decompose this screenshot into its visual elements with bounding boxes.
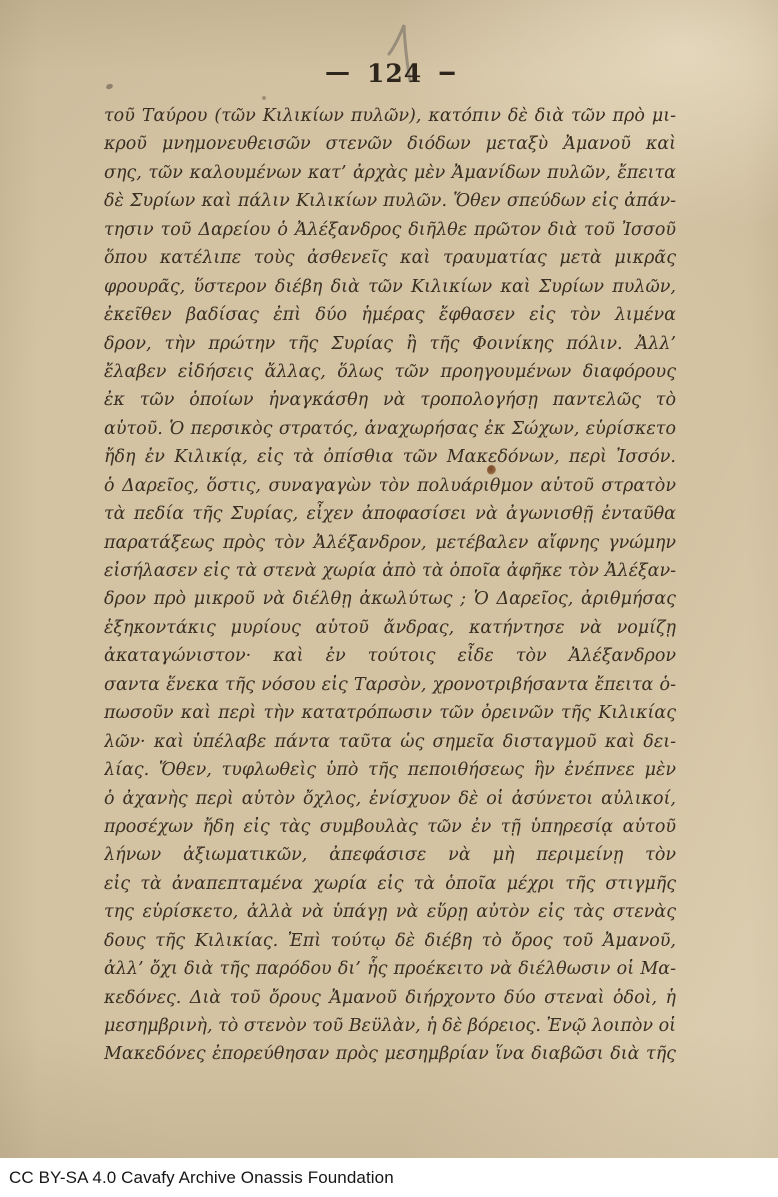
license-bar: CC BY-SA 4.0 Cavafy Archive Onassis Foun… xyxy=(0,1158,778,1197)
ink-spot xyxy=(487,465,496,475)
text-line: ὁ Δαρεῖος, ὅστις, συναγαγὼν τὸν πολυάριθ… xyxy=(104,472,676,500)
text-line: εἰσήλασεν εἰς τὰ στενὰ χωρία ἀπὸ τὰ ὁποῖ… xyxy=(104,557,676,585)
text-line: λήνων ἀξιωματικῶν, ἀπεφάσισε νὰ μὴ περιμ… xyxy=(104,841,676,869)
text-line: δους τῆς Κιλικίας. Ἐπὶ τούτῳ δὲ διέβη τὸ… xyxy=(104,927,676,955)
text-line: πωσοῦν καὶ περὶ τὴν κατατρόπωσιν τῶν ὀρε… xyxy=(104,699,676,727)
text-line: ὅπου κατέλιπε τοὺς ἀσθενεῖς καὶ τραυματί… xyxy=(104,244,676,272)
paper-speck xyxy=(262,96,266,100)
text-line: ἐκ τῶν ὁποίων ἠναγκάσθη νὰ τροπολογήσῃ π… xyxy=(104,386,676,414)
text-line: τοῦ Ταύρου (τῶν Κιλικίων πυλῶν), κατόπιν… xyxy=(104,102,676,130)
text-line: ἑξηκοντάκις μυρίους αὑτοῦ ἄνδρας, κατήντ… xyxy=(104,614,676,642)
text-line: ἀκαταγώνιστον· καὶ ἐν τούτοις εἶδε τὸν Ἀ… xyxy=(104,642,676,670)
text-line: ἀλλ’ ὄχι διὰ τῆς παρόδου δι’ ἧς προέκειτ… xyxy=(104,955,676,983)
page-header: —124-- xyxy=(0,56,778,92)
text-line: ὁ ἀχανὴς περὶ αὑτὸν ὄχλος, ἐνίσχυον δὲ ο… xyxy=(104,785,676,813)
text-line: αὑτοῦ. Ὁ περσικὸς στρατός, ἀναχωρήσας ἐκ… xyxy=(104,415,676,443)
text-line: λίας. Ὅθεν, τυφλωθεὶς ὑπὸ τῆς πεποιθήσεω… xyxy=(104,756,676,784)
text-line: ἤδη ἐν Κιλικίᾳ, εἰς τὰ ὀπίσθια τῶν Μακεδ… xyxy=(104,443,676,471)
text-line: παρατάξεως πρὸς τὸν Ἀλέξανδρον, μετέβαλε… xyxy=(104,529,676,557)
header-left-dash: — xyxy=(325,54,351,90)
header-right-dash: -- xyxy=(438,54,453,90)
license-text: CC BY-SA 4.0 Cavafy Archive Onassis Foun… xyxy=(9,1168,394,1188)
text-line: σης, τῶν καλουμένων κατ’ ἀρχὰς μὲν Ἀμανί… xyxy=(104,159,676,187)
text-line: Μακεδόνες ἐπορεύθησαν πρὸς μεσημβρίαν ἵν… xyxy=(104,1040,676,1068)
page-number: 124 xyxy=(367,59,422,88)
text-line: σαντα ἕνεκα τῆς νόσου εἰς Ταρσὸν, χρονοτ… xyxy=(104,671,676,699)
text-line: κροῦ μνημονευθεισῶν στενῶν διόδων μεταξὺ… xyxy=(104,130,676,158)
text-line: δρον, τὴν πρώτην τῆς Συρίας ἢ τῆς Φοινίκ… xyxy=(104,330,676,358)
text-line: δρον πρὸ μικροῦ νὰ διέλθῃ ἀκωλύτως ; Ὁ Δ… xyxy=(104,585,676,613)
text-line: κεδόνες. Διὰ τοῦ ὄρους Ἀμανοῦ διήρχοντο … xyxy=(104,984,676,1012)
text-line: της εὑρίσκετο, ἀλλὰ νὰ ὑπάγῃ νὰ εὕρῃ αὐτ… xyxy=(104,898,676,926)
text-line: τησιν τοῦ Δαρείου ὁ Ἀλέξανδρος διῆλθε πρ… xyxy=(104,216,676,244)
text-line: ἔλαβεν εἰδήσεις ἄλλας, ὅλως τῶν προηγουμ… xyxy=(104,358,676,386)
text-line: φρουρᾶς, ὕστερον διέβη διὰ τῶν Κιλικίων … xyxy=(104,273,676,301)
body-text: τοῦ Ταύρου (τῶν Κιλικίων πυλῶν), κατόπιν… xyxy=(104,102,676,1069)
text-line: μεσημβρινὴ, τὸ στενὸν τοῦ Βεϋλὰν, ἡ δὲ β… xyxy=(104,1012,676,1040)
text-line: εἰς τὰ ἀναπεπταμένα χωρία εἰς τὰ ὁποῖα μ… xyxy=(104,870,676,898)
text-line: ἐκεῖθεν βαδίσας ἐπὶ δύο ἡμέρας ἔφθασεν ε… xyxy=(104,301,676,329)
text-line: λῶν· καὶ ὑπέλαβε πάντα ταῦτα ὡς σημεῖα δ… xyxy=(104,728,676,756)
text-line: δὲ Συρίων καὶ πάλιν Κιλικίων πυλῶν. Ὅθεν… xyxy=(104,187,676,215)
text-line: προσέχων ἤδη εἰς τὰς συμβουλὰς τῶν ἐν τῇ… xyxy=(104,813,676,841)
book-page-scan: 1 —124-- τοῦ Ταύρου (τῶν Κιλικίων πυλῶν)… xyxy=(0,0,778,1197)
text-line: τὰ πεδία τῆς Συρίας, εἶχεν ἀποφασίσει νὰ… xyxy=(104,500,676,528)
